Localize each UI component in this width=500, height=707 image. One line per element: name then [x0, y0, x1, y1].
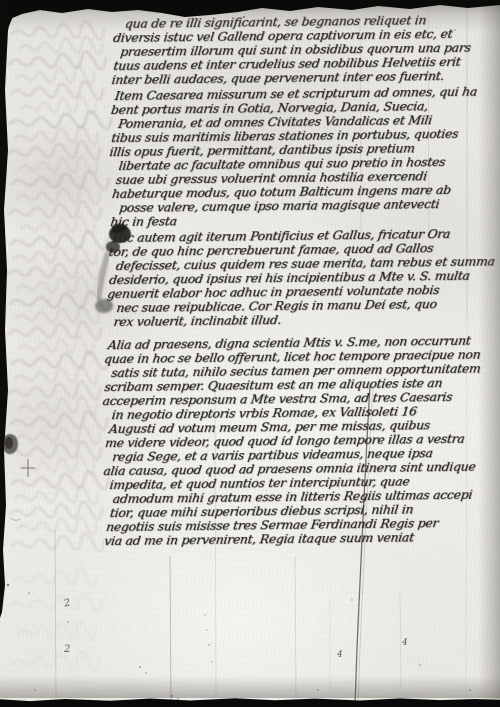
right-edge-shadow — [478, 0, 500, 707]
bottom-edge-shadow — [0, 676, 500, 698]
manuscript-scan-page: qua de re illi significarint, se begnano… — [0, 0, 500, 707]
manuscript-text-block: qua de re illi significarint, se begnano… — [0, 0, 500, 707]
margin-mark: 2 — [64, 644, 70, 655]
manuscript-paragraph-3: Hic autem agit iterum Pontificius et Gal… — [113, 226, 496, 329]
manuscript-line: via ad me in pervenirent, Regia itaque s… — [103, 530, 483, 549]
manuscript-paragraph-4: Alia ad praesens, digna scientia Mtis v.… — [108, 334, 483, 549]
margin-mark: 4 — [337, 650, 343, 660]
manuscript-line: rex voluerit, inclinabit illud. — [113, 310, 497, 329]
margin-mark: 4 — [402, 638, 408, 648]
manuscript-paragraph-2: Item Caesarea missurum se et scripturum … — [115, 85, 479, 229]
